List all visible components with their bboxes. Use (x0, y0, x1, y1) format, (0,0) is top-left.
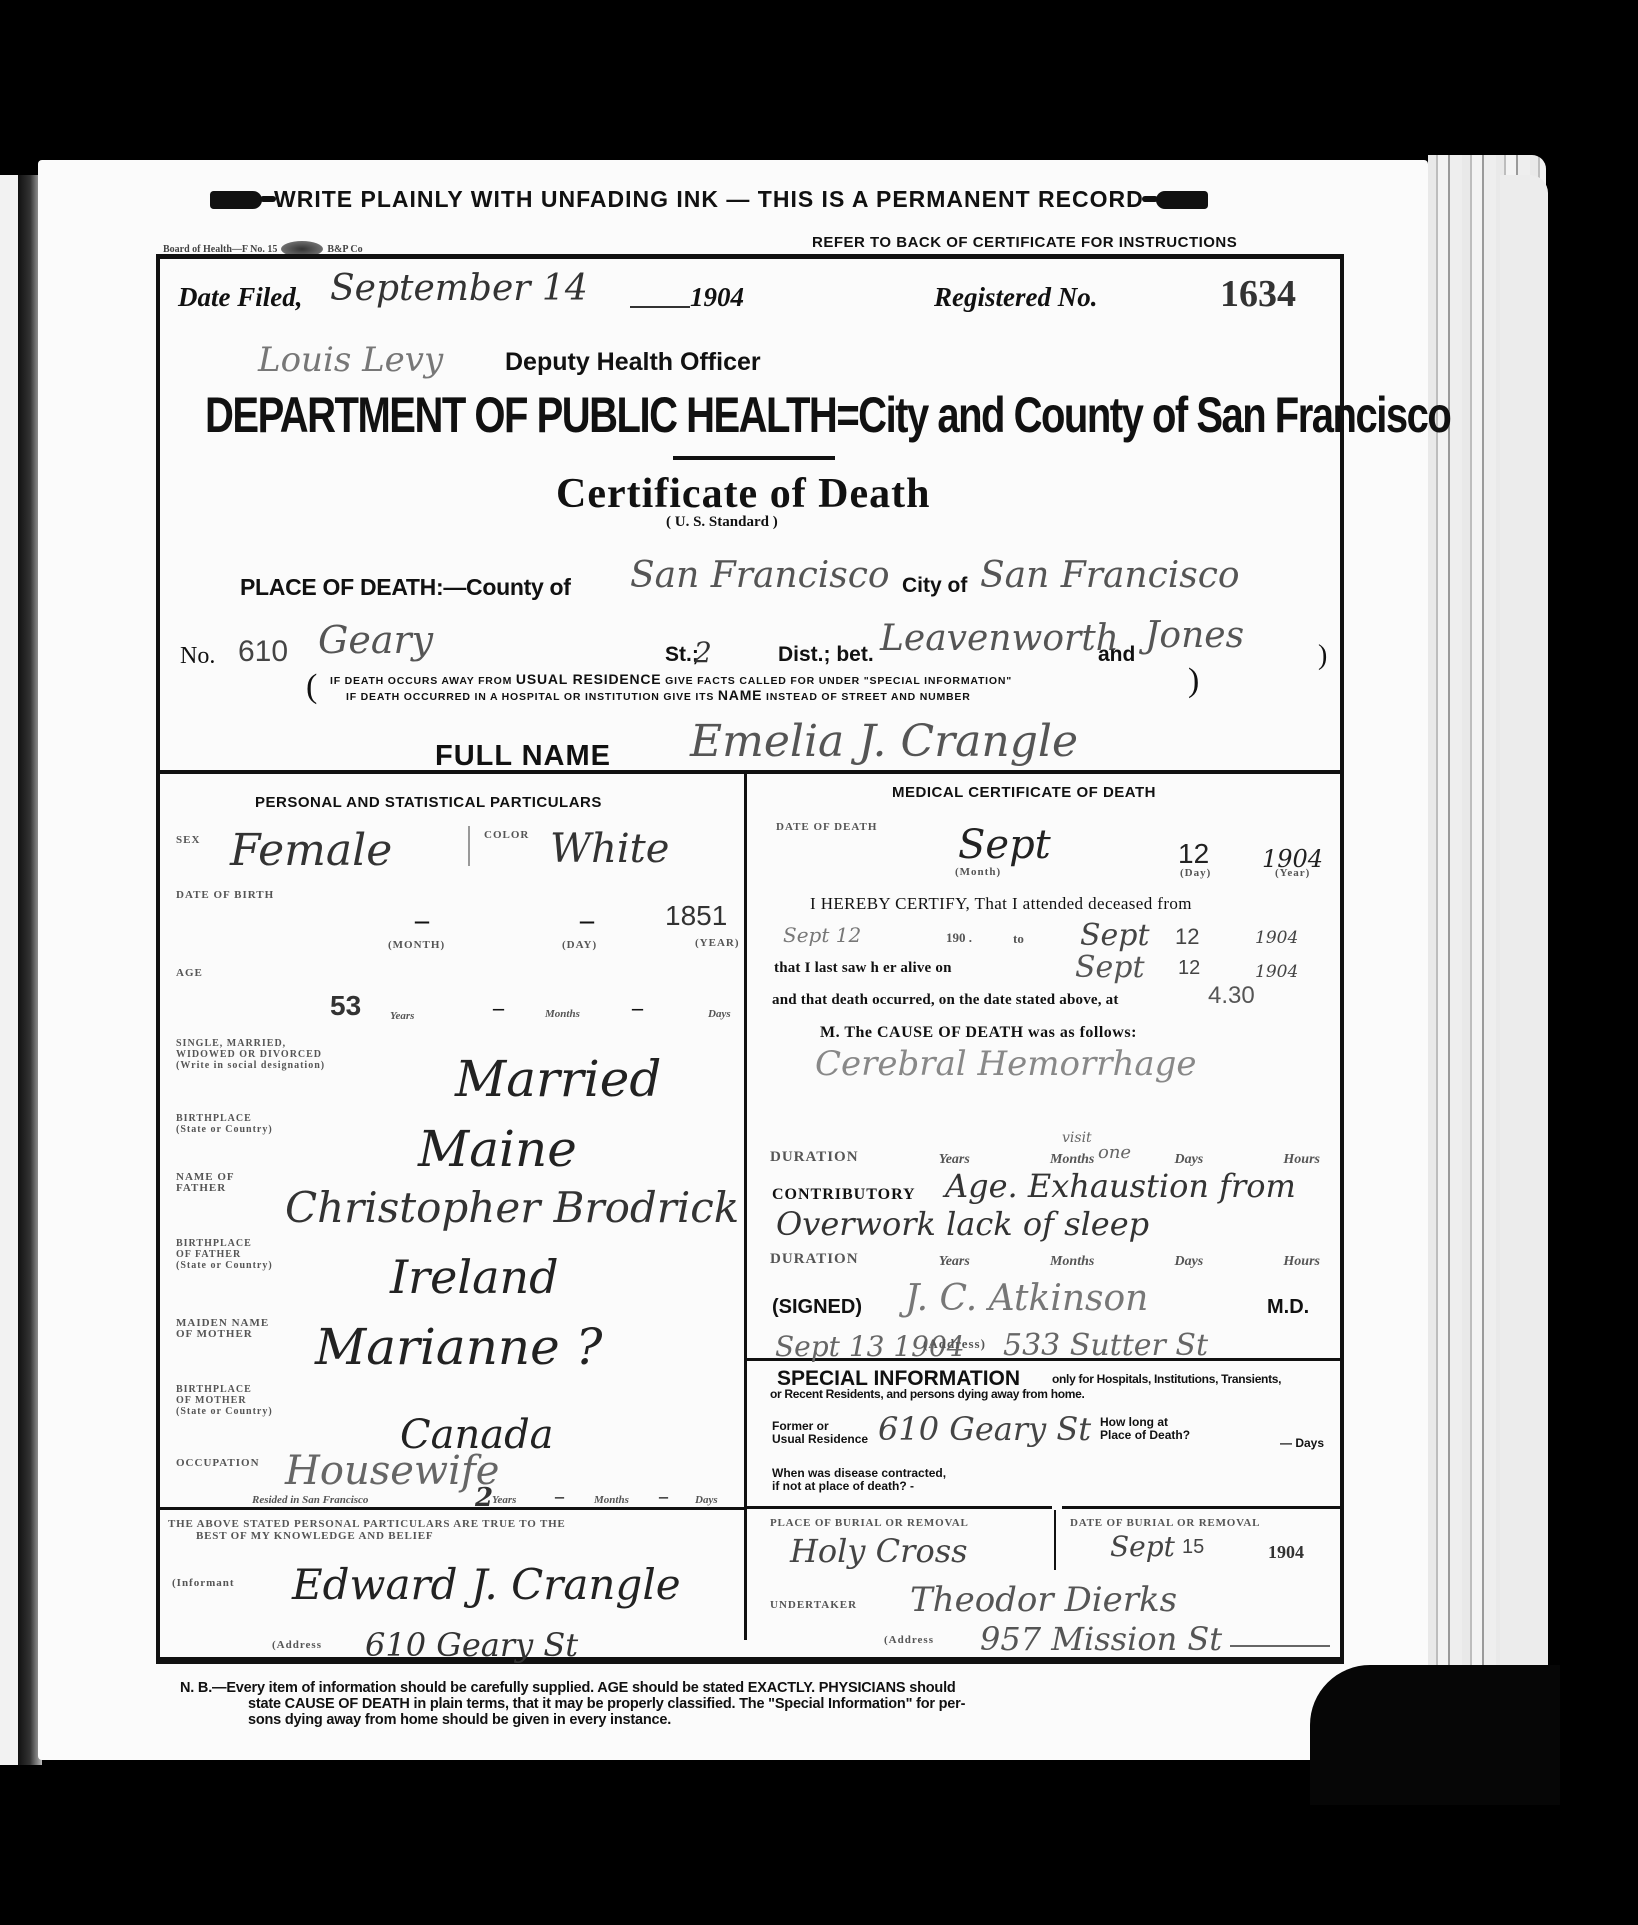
how-long-label: How long at Place of Death? (1100, 1416, 1190, 1442)
note-paren-close: ) (1188, 662, 1199, 700)
last-saw-year: 1904 (1255, 962, 1298, 982)
years-caption: Years (939, 1152, 970, 1168)
informant-divider (160, 1507, 744, 1510)
days-caption: Days (1174, 1152, 1203, 1168)
closing-paren: ) (1318, 640, 1327, 672)
time-of-death-text: and that death occurred, on the date sta… (772, 992, 1119, 1009)
label-line: FATHER (176, 1183, 235, 1194)
note-emphasis: NAME (718, 687, 762, 703)
former-residence-value: 610 Geary St (878, 1410, 1091, 1448)
department-title: DEPARTMENT OF PUBLIC HEALTH=City and Cou… (205, 388, 1450, 444)
registered-no-label: Registered No. (934, 282, 1097, 313)
mother-name-label: MAIDEN NAME OF MOTHER (176, 1318, 269, 1340)
note-text: GIVE FACTS CALLED FOR UNDER "SPECIAL INF… (665, 675, 1012, 687)
dob-year: 1851 (665, 900, 727, 932)
cross-street-1: Leavenworth (880, 618, 1119, 659)
city-value: San Francisco (980, 555, 1240, 596)
burial-divider-right (1062, 1506, 1344, 1509)
residence-note: IF DEATH OCCURS AWAY FROM USUAL RESIDENC… (330, 672, 1012, 704)
note-text: INSTEAD OF STREET AND NUMBER (766, 691, 971, 703)
year-caption: (Year) (695, 938, 740, 949)
footnote: N. B.—Every item of information should b… (180, 1680, 1240, 1728)
years-caption: Years (390, 1010, 414, 1022)
burial-place: Holy Cross (790, 1532, 968, 1570)
time-of-death: 4.30 (1208, 982, 1255, 1010)
street-no-value: 610 (238, 635, 288, 669)
undertaker-address: 957 Mission St (980, 1620, 1222, 1658)
full-name-label: FULL NAME (435, 740, 611, 773)
dist-label: Dist.; bet. (778, 643, 874, 667)
city-label: City of (902, 574, 967, 598)
dob-month: – (415, 905, 429, 937)
duration-row-2: DURATION Years Months Days Hours (770, 1254, 1320, 1270)
dod-month-caption: (Month) (955, 867, 1001, 878)
field-separator (468, 826, 470, 866)
resided-months-caption: Months (594, 1494, 629, 1506)
days-caption: Days (1174, 1254, 1203, 1270)
form-id-left: Board of Health—F No. 15 (163, 244, 277, 255)
label-line: BIRTHPLACE (176, 1238, 273, 1249)
attended-from: Sept 12 (783, 923, 861, 947)
undertaker-address-label: (Address (884, 1635, 934, 1646)
officer-title: Deputy Health Officer (505, 348, 761, 377)
burial-place-label: PLACE OF BURIAL OR REMOVAL (770, 1518, 969, 1529)
marital-label: SINGLE, MARRIED, WIDOWED OR DIVORCED (Wr… (176, 1038, 325, 1071)
label-line: OF FATHER (176, 1249, 273, 1260)
label-line: (State or Country) (176, 1406, 273, 1417)
informant-address-label: (Address (272, 1640, 322, 1651)
duration-days-value: one (1098, 1142, 1131, 1163)
months-caption: Months (545, 1008, 580, 1020)
resided-months: – (555, 1486, 564, 1507)
medical-section-title: MEDICAL CERTIFICATE OF DEATH (892, 784, 1156, 801)
burial-column-divider (1054, 1510, 1056, 1570)
attest-line: THE ABOVE STATED PERSONAL PARTICULARS AR… (168, 1518, 566, 1530)
label-line: Place of Death? (1100, 1429, 1190, 1442)
occupation-value: Housewife (285, 1448, 499, 1494)
years-caption: Years (939, 1254, 970, 1270)
duration-label: DURATION (770, 1152, 859, 1168)
month-caption: (Month) (388, 940, 445, 951)
date-filed-label: Date Filed, (178, 282, 302, 313)
hours-caption: Hours (1283, 1254, 1320, 1270)
footnote-line: N. B.—Every item of information should b… (180, 1680, 1240, 1696)
sex-label: SEX (176, 835, 200, 846)
label-line: BIRTHPLACE (176, 1113, 273, 1124)
father-birthplace-value: Ireland (390, 1250, 559, 1304)
street-no-label: No. (180, 643, 215, 670)
address-underline (1230, 1645, 1330, 1647)
md-label: M.D. (1267, 1296, 1309, 1319)
street-value: Geary (318, 618, 433, 662)
father-name-label: NAME OF FATHER (176, 1172, 235, 1194)
dod-year-caption: (Year) (1275, 868, 1310, 879)
how-long-days: — Days (1280, 1436, 1324, 1450)
special-info-subtitle: or Recent Residents, and persons dying a… (770, 1387, 1085, 1401)
age-label: AGE (176, 968, 203, 979)
duration-label: DURATION (770, 1254, 859, 1270)
footnote-line: sons dying away from home should be give… (180, 1712, 1240, 1728)
note-paren-open: ( (306, 668, 317, 706)
birthplace-label: BIRTHPLACE (State or Country) (176, 1113, 273, 1135)
place-of-death-label: PLACE OF DEATH:—County of (240, 574, 571, 601)
corner-shadow (1310, 1665, 1560, 1805)
father-name-value: Christopher Brodrick (285, 1183, 739, 1232)
date-filed-year: 1904 (690, 282, 744, 313)
day-caption: (Day) (562, 940, 597, 951)
signed-label: (SIGNED) (772, 1296, 862, 1319)
burial-year: 1904 (1268, 1542, 1304, 1563)
label-line: WIDOWED OR DIVORCED (176, 1049, 325, 1060)
certify-text: I HEREBY CERTIFY, That I attended deceas… (810, 894, 1192, 914)
attestation-text: THE ABOVE STATED PERSONAL PARTICULARS AR… (168, 1518, 566, 1542)
date-filed-underline (630, 306, 690, 308)
warning-text: WRITE PLAINLY WITH UNFADING INK — THIS I… (274, 186, 1144, 213)
attended-to-month: Sept (1080, 918, 1150, 953)
registered-no: 1634 (1220, 272, 1296, 316)
resided-days-caption: Days (695, 1494, 718, 1506)
note-text: IF DEATH OCCURS AWAY FROM (330, 675, 512, 687)
months-caption: Months (1050, 1152, 1094, 1168)
certificate-subtitle: ( U. S. Standard ) (666, 514, 778, 531)
burial-month: Sept (1110, 1530, 1175, 1563)
column-divider (744, 774, 747, 1640)
st-value: 2 (694, 636, 712, 669)
occupation-label: OCCUPATION (176, 1458, 260, 1469)
undertaker-value: Theodor Dierks (910, 1580, 1177, 1620)
date-of-death-label: DATE OF DEATH (776, 822, 877, 833)
cause-of-death-label: M. The CAUSE OF DEATH was as follows: (820, 1024, 1137, 1042)
label-line: (State or Country) (176, 1260, 273, 1271)
adjacent-page-edge (0, 175, 18, 1765)
date-filed-value: September 14 (330, 268, 588, 309)
color-value: White (550, 826, 669, 872)
former-residence-label: Former or Usual Residence (772, 1420, 868, 1446)
contributory-value-2: Overwork lack of sleep (776, 1205, 1149, 1243)
days-caption: Days (708, 1008, 731, 1020)
cross-street-2: Jones (1145, 615, 1244, 656)
label-line: Usual Residence (772, 1433, 868, 1446)
contributory-label: CONTRIBUTORY (772, 1186, 916, 1204)
age-years: 53 (330, 990, 361, 1022)
dob-day: – (580, 905, 594, 937)
resided-days: – (659, 1486, 668, 1507)
attended-to-year: 1904 (1255, 928, 1298, 948)
age-months: – (493, 995, 504, 1021)
resided-label: Resided in San Francisco (252, 1494, 368, 1506)
pointing-hand-icon (210, 191, 262, 209)
attest-line: BEST OF MY KNOWLEDGE AND BELIEF (168, 1530, 566, 1542)
duration-row-1: DURATION Years Months Days Hours (770, 1152, 1320, 1168)
age-days: – (632, 995, 643, 1021)
mother-name-value: Marianne ? (315, 1318, 602, 1376)
burial-date-label: DATE of BURIAL or REMOVAL (1070, 1518, 1260, 1529)
label-line: OF MOTHER (176, 1329, 269, 1340)
dod-day: 12 (1178, 838, 1209, 870)
label-line: (Write in social designation) (176, 1060, 325, 1071)
father-birthplace-label: BIRTHPLACE OF FATHER (State or Country) (176, 1238, 273, 1271)
attended-from-year: 190 . (946, 930, 972, 946)
note-text: IF DEATH OCCURRED IN A HOSPITAL OR INSTI… (346, 691, 714, 703)
color-label: COLOR (484, 830, 529, 841)
dob-label: DATE OF BIRTH (176, 890, 274, 901)
full-name-value: Emelia J. Crangle (690, 716, 1078, 767)
label-line: BIRTHPLACE (176, 1384, 273, 1395)
page-stack-edge-outer (1500, 175, 1548, 1715)
dod-day-caption: (Day) (1180, 868, 1211, 879)
hours-caption: Hours (1283, 1152, 1320, 1168)
title-rule (673, 456, 835, 460)
physician-address-label: (Address) (923, 1338, 986, 1349)
dod-month: Sept (958, 822, 1051, 868)
attended-to-label: to (1013, 931, 1024, 947)
refer-instructions: REFER TO BACK OF CERTIFICATE FOR INSTRUC… (812, 234, 1237, 251)
sex-value: Female (230, 825, 392, 876)
ink-warning: WRITE PLAINLY WITH UNFADING INK — THIS I… (210, 186, 1208, 213)
cause-of-death: Cerebral Hemorrhage (815, 1044, 1197, 1084)
mother-birthplace-label: BIRTHPLACE OF MOTHER (State or Country) (176, 1384, 273, 1417)
note-emphasis: USUAL RESIDENCE (516, 671, 662, 687)
pointing-hand-icon (1156, 191, 1208, 209)
birthplace-value: Maine (418, 1120, 577, 1178)
last-saw-text: that I last saw h er alive on (774, 960, 952, 977)
officer-signature: Louis Levy (258, 340, 443, 380)
undertaker-label: UNDERTAKER (770, 1600, 857, 1611)
form-id-right: B&P Co (327, 244, 362, 255)
marital-value: Married (455, 1050, 661, 1108)
and-label: and (1098, 643, 1135, 667)
disease-contracted-label: When was disease contracted, if not at p… (772, 1467, 946, 1493)
certificate-title: Certificate of Death (556, 470, 931, 518)
county-value: San Francisco (630, 555, 890, 596)
physician-signature: J. C. Atkinson (905, 1278, 1148, 1319)
special-info-subtitle: only for Hospitals, Institutions, Transi… (1052, 1372, 1281, 1386)
label-line: (State or Country) (176, 1124, 273, 1135)
label-line: if not at place of death? - (772, 1480, 946, 1493)
last-saw-day: 12 (1178, 957, 1200, 980)
months-caption: Months (1050, 1254, 1094, 1270)
informant-address-value: 610 Geary St (365, 1626, 578, 1664)
resided-years-caption: Years (492, 1494, 516, 1506)
burial-divider-left (747, 1506, 1052, 1509)
contributory-value-1: Age. Exhaustion from (945, 1167, 1296, 1205)
last-saw-month: Sept (1075, 950, 1145, 985)
physician-address: 533 Sutter St (1003, 1328, 1208, 1363)
footnote-line: state CAUSE OF DEATH in plain terms, tha… (180, 1696, 1240, 1712)
duration-note: visit (1062, 1130, 1092, 1146)
personal-section-title: PERSONAL AND STATISTICAL PARTICULARS (255, 794, 602, 811)
resided-years: 2 (475, 1483, 493, 1513)
attended-to-day: 12 (1175, 924, 1199, 950)
section-divider (160, 770, 1344, 774)
burial-day: 15 (1182, 1536, 1204, 1559)
informant-label: (Informant (172, 1578, 235, 1589)
label-line: SINGLE, MARRIED, (176, 1038, 325, 1049)
label-line: OF MOTHER (176, 1395, 273, 1406)
informant-value: Edward J. Crangle (292, 1560, 681, 1609)
